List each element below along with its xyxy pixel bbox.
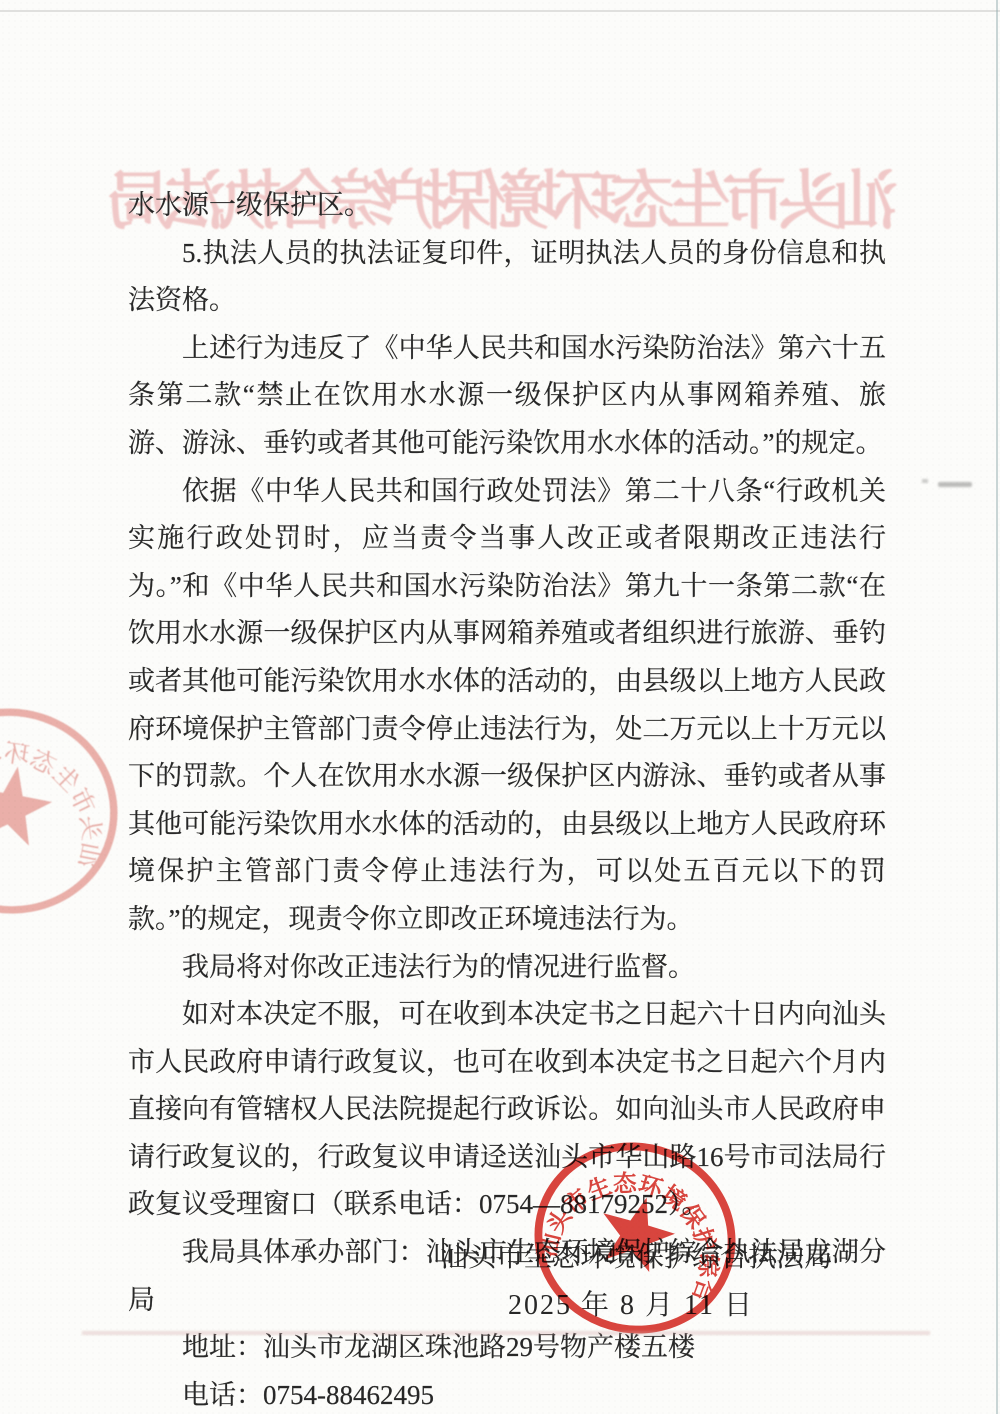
bleed-through-seal: 汕头市生态环境保护综合执法局 — [0, 688, 139, 934]
scan-edge-right-line — [996, 0, 998, 1414]
body-paragraph: 电话：0754-88462495 — [128, 1372, 886, 1414]
body-paragraph: 依据《中华人民共和国行政处罚法》第二十八条“行政机关实施行政处罚时，应当责令当事… — [128, 468, 886, 944]
body-paragraph: 上述行为违反了《中华人民共和国水污染防治法》第六十五条第二款“禁止在饮用水水源一… — [128, 325, 886, 468]
body-paragraph: 如对本决定不服，可在收到本决定书之日起六十日内向汕头市人民政府申请行政复议，也可… — [128, 991, 886, 1229]
body-paragraph: 水水源一级保护区。 — [128, 182, 886, 230]
scan-smudge-mark-small — [922, 479, 928, 483]
document-body: 水水源一级保护区。5.执法人员的执法证复印件，证明执法人员的身份信息和执法资格。… — [128, 182, 886, 1414]
scan-edge-top-line — [0, 10, 1000, 12]
body-paragraph: 5.执法人员的执法证复印件，证明执法人员的身份信息和执法资格。 — [128, 230, 886, 325]
scanned-document-page: 汕头市生态环境保护综合执法局 汕头市生态环境保护综合执法局 水水源一级保护区。5… — [0, 0, 1000, 1414]
body-paragraph: 我局将对你改正违法行为的情况进行监督。 — [128, 944, 886, 992]
scan-streak-artifact — [82, 1331, 930, 1335]
scan-smudge-mark — [938, 482, 972, 487]
